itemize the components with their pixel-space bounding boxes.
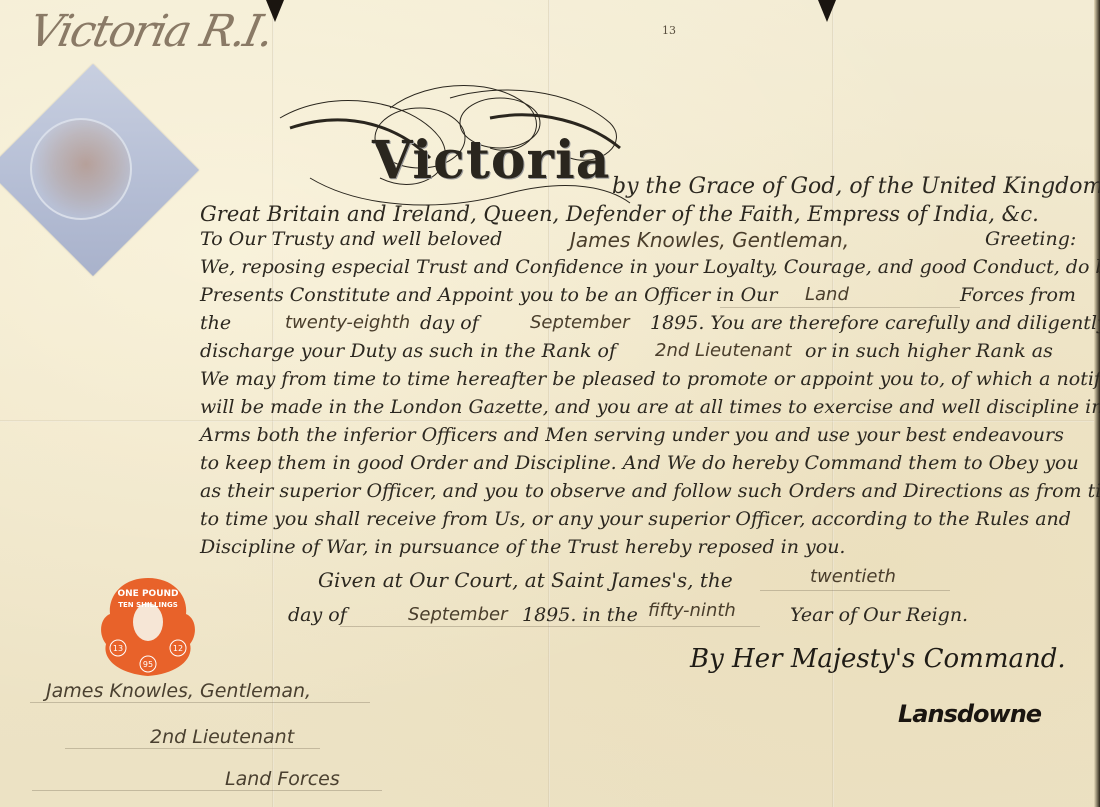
recipient-name: James Knowles, Gentleman, (570, 228, 849, 252)
svg-text:95: 95 (143, 660, 153, 669)
body-line: discharge your Duty as such in the Rank … (200, 340, 616, 362)
document-title: Victoria (372, 130, 610, 191)
body-line: day of (288, 604, 347, 626)
countersignature: Lansdowne (898, 700, 1041, 728)
fold-line (0, 420, 1100, 422)
body-line: Given at Our Court, at Saint James's, th… (318, 568, 733, 592)
fill-line (720, 307, 960, 308)
body-line: Forces from (960, 284, 1076, 306)
endorsement-rank: 2nd Lieutenant (150, 726, 294, 748)
body-line: the (200, 312, 231, 334)
body-line: 1895. You are therefore carefully and di… (650, 312, 1100, 334)
body-line: Presents Constitute and Appoint you to b… (200, 284, 777, 306)
fill-line (760, 590, 950, 591)
svg-text:12: 12 (173, 644, 183, 653)
body-line: 1895. in the (522, 604, 638, 626)
body-line: day of (420, 312, 479, 334)
commission-month: September (530, 312, 630, 333)
given-month: September (408, 604, 508, 625)
body-line: We, reposing especial Trust and Confiden… (200, 256, 1100, 278)
fill-line (65, 748, 320, 749)
page-number: 13 (662, 24, 676, 37)
body-line: to time you shall receive from Us, or an… (200, 508, 1071, 530)
body-line: Arms both the inferior Officers and Men … (200, 424, 1064, 446)
body-line: as their superior Officer, and you to ob… (200, 480, 1100, 502)
body-line: To Our Trusty and well beloved (200, 228, 502, 250)
body-line: Greeting: (985, 228, 1076, 250)
endorsement-forces: Land Forces (225, 768, 340, 790)
body-line: Great Britain and Ireland, Queen, Defend… (200, 202, 1039, 226)
command-line: By Her Majesty's Command. (690, 644, 1066, 674)
body-line: or in such higher Rank as (805, 340, 1053, 362)
rank-field: 2nd Lieutenant (655, 340, 792, 361)
body-line: by the Grace of God, of the United Kingd… (612, 174, 1100, 199)
svg-text:ONE POUND: ONE POUND (117, 589, 178, 599)
body-line: to keep them in good Order and Disciplin… (200, 452, 1079, 474)
reign-year: fifty-ninth (648, 600, 736, 621)
wax-seal-icon (30, 118, 132, 220)
endorsement-name: James Knowles, Gentleman, (46, 680, 311, 702)
royal-signature: Victoria R.I. (25, 6, 278, 57)
commission-day: twenty-eighth (285, 312, 410, 333)
given-day: twentieth (810, 566, 896, 587)
fill-line (32, 790, 382, 791)
body-line: We may from time to time hereafter be pl… (200, 368, 1100, 390)
svg-text:TEN SHILLINGS: TEN SHILLINGS (118, 601, 178, 609)
fill-line (30, 702, 370, 703)
forces-field: Land (805, 284, 849, 305)
duty-stamp-icon: ONE POUND TEN SHILLINGS 13 12 95 (96, 574, 200, 678)
body-line: Year of Our Reign. (790, 604, 968, 626)
fill-line (340, 626, 760, 627)
commission-document: 13 Victoria R.I. Victoria by the Grace o… (0, 0, 1100, 807)
svg-text:13: 13 (113, 644, 123, 653)
body-line: Discipline of War, in pursuance of the T… (200, 536, 845, 558)
body-line: will be made in the London Gazette, and … (200, 396, 1100, 418)
